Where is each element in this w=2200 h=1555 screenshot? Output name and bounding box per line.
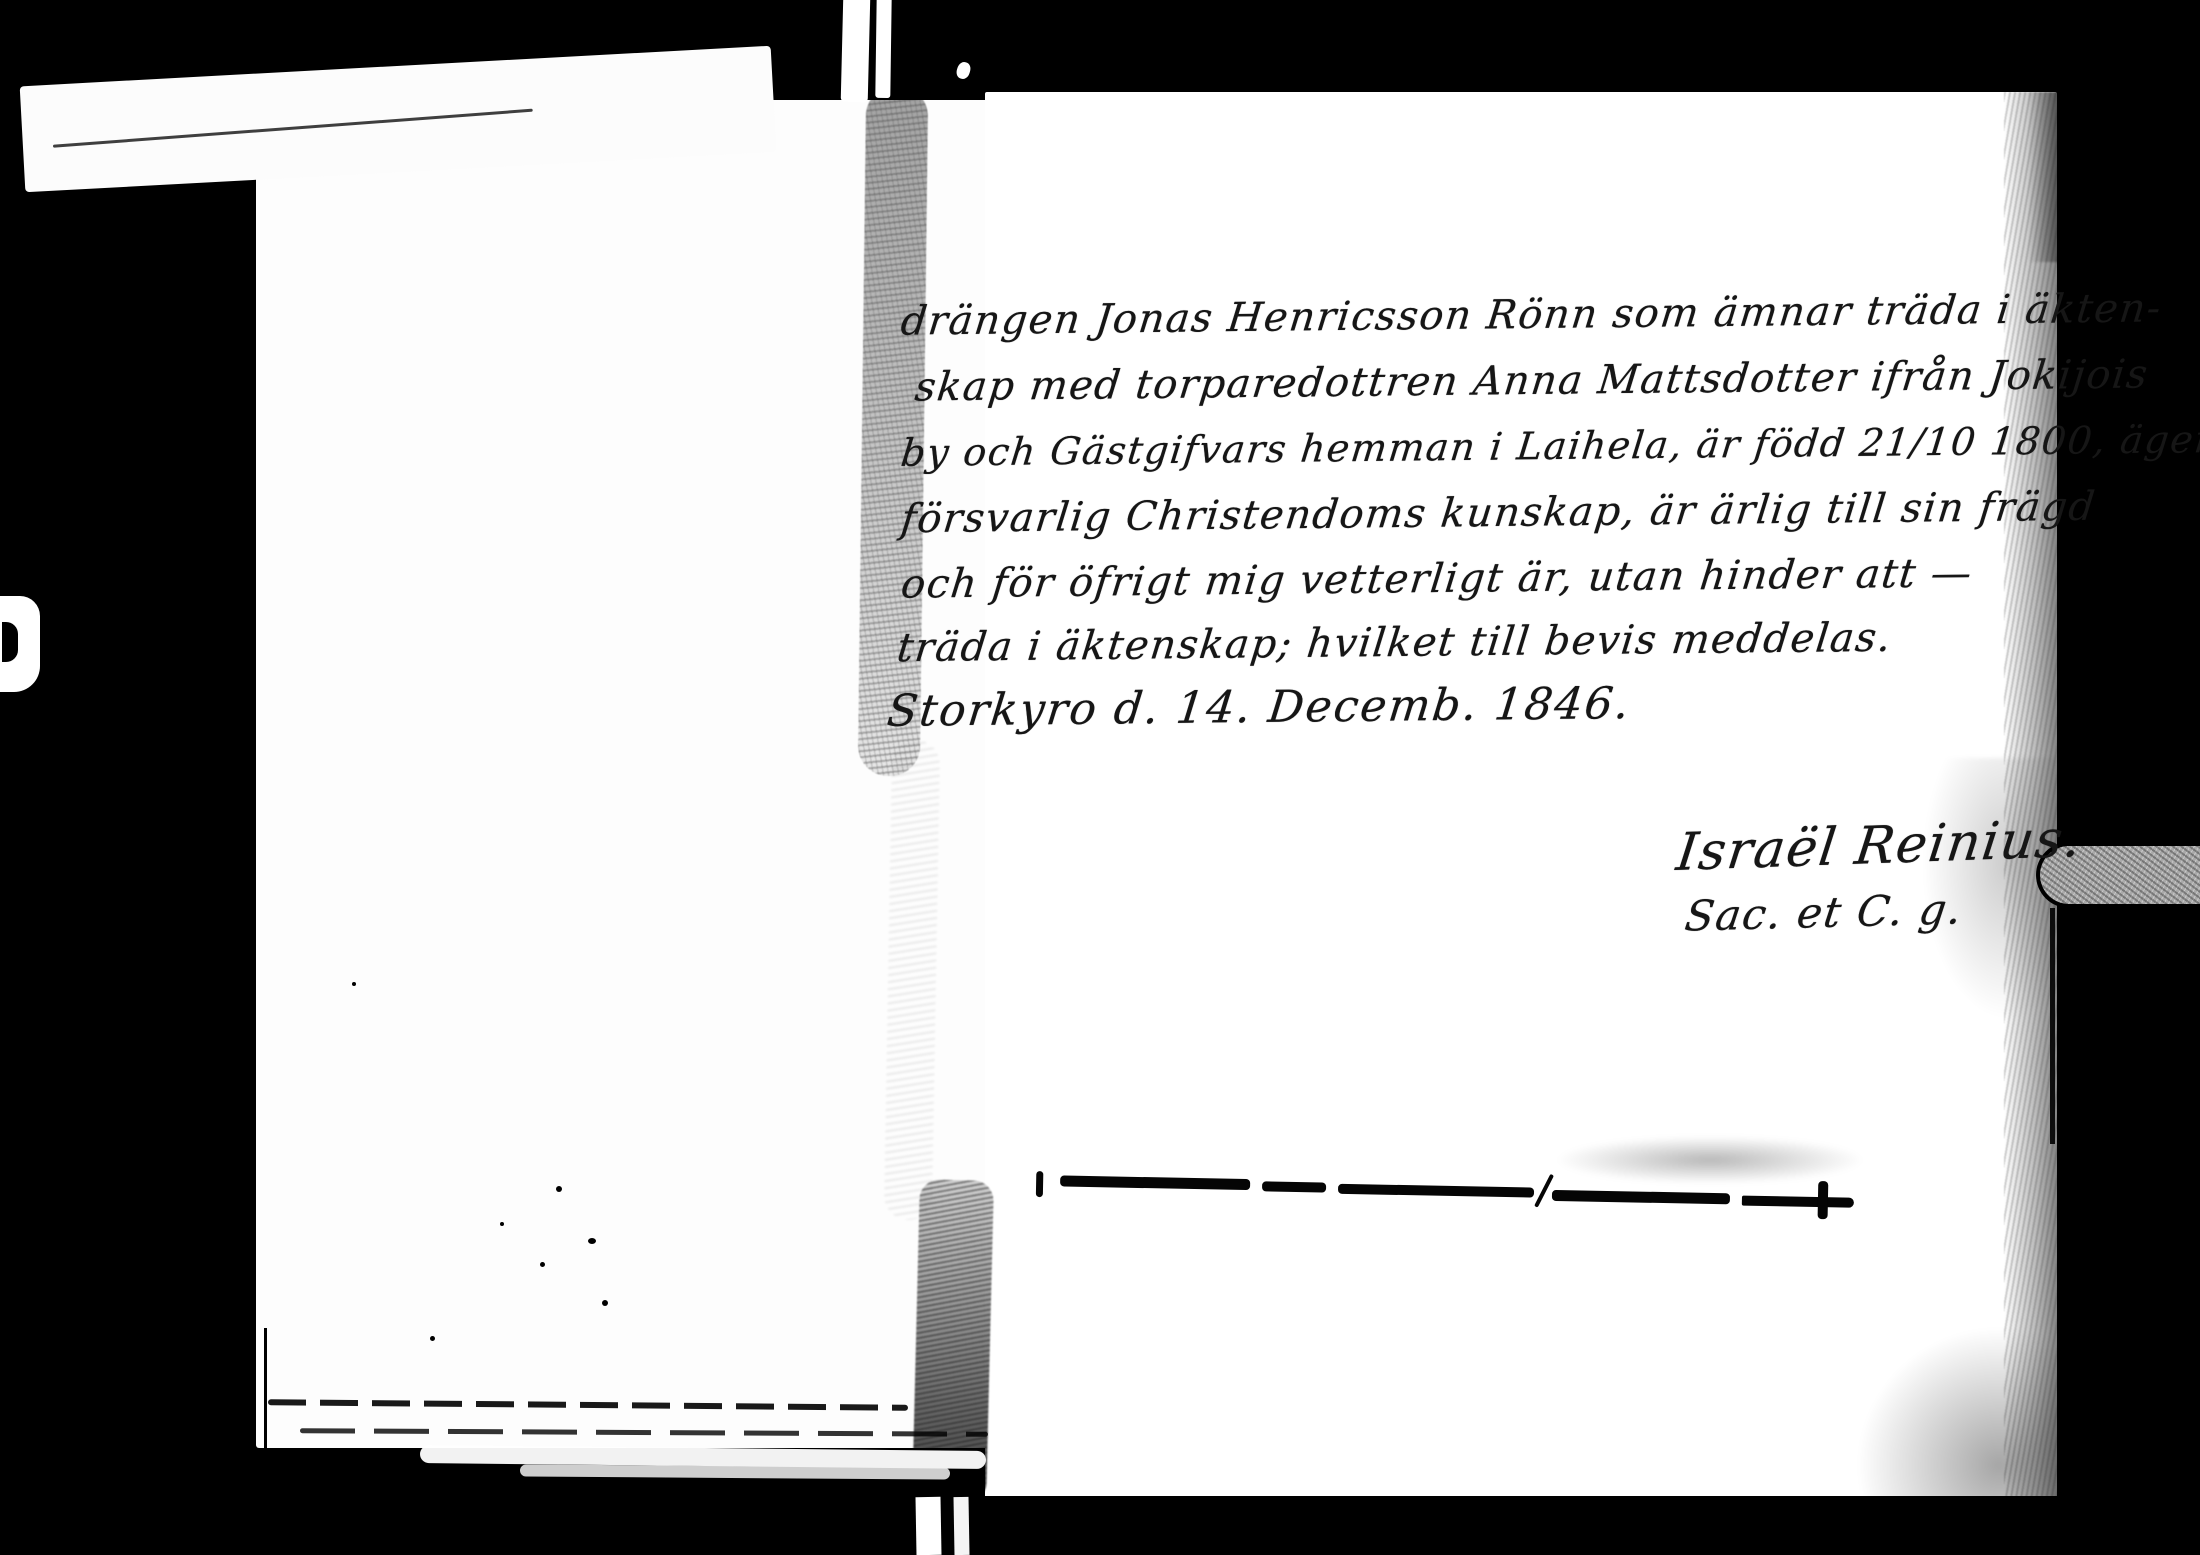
scanned-book-spread: drängen Jonas Henricsson Rönn som ämnar … [0,0,2200,1555]
ruled-line-segment [1338,1184,1534,1198]
ruled-line-segment [1262,1181,1326,1192]
signature-title: Sac. et C. g. [1682,884,1966,940]
ruled-line-tick [1036,1171,1043,1197]
ink-speck [352,982,356,986]
ruled-line-segment [1552,1190,1730,1204]
paper-smudge [2028,92,2060,262]
ruled-line-tick [1818,1181,1829,1219]
page-bottom-edge-layer [520,1464,950,1479]
spine-highlight-bar-bottom [953,1497,969,1555]
spine-highlight-bar-bottom [915,1497,941,1555]
pencil-haze [1555,1136,1865,1184]
ink-speck [602,1300,608,1306]
book-gutter-shadow-middle [884,740,940,1221]
ink-speck [556,1186,562,1192]
spine-highlight-bar [875,0,891,98]
ruled-line-slash [1534,1174,1554,1208]
spine-highlight-bar [841,0,871,102]
ruled-line-segment [1742,1196,1854,1208]
ink-speck [500,1222,504,1226]
page-edge-line [264,1328,267,1554]
left-margin-paper-fragment [0,596,40,692]
bottom-black-margin [0,1496,2200,1555]
dateline: Storkyro d. 14. Decemb. 1846. [885,678,1634,737]
ink-speck [540,1262,545,1267]
ruled-line-segment [1060,1175,1250,1190]
paper-speck [955,60,973,80]
paper-smudge [1856,1326,2060,1500]
ink-speck [430,1336,435,1341]
ink-speck [588,1238,596,1244]
clasp-shadow-line [2050,908,2055,1144]
